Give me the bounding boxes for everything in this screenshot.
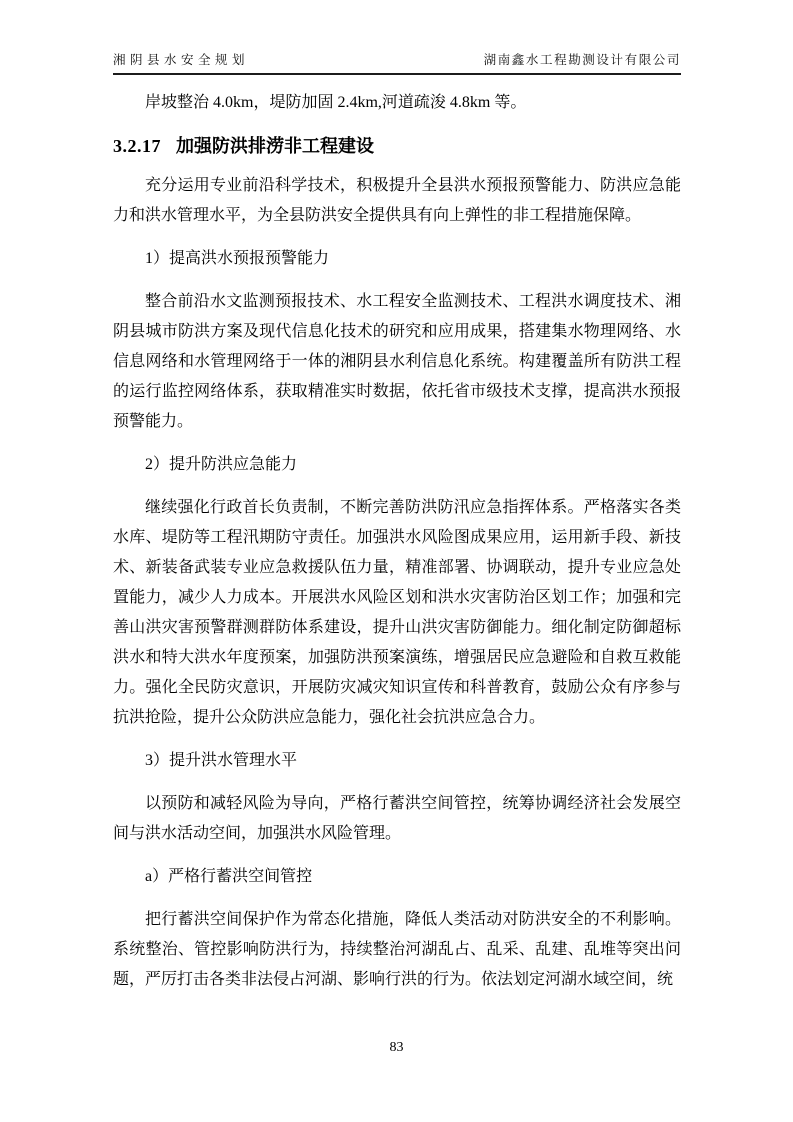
document-body: 岸坡整治 4.0km，堤防加固 2.4km,河道疏浚 4.8km 等。 3.2.… — [113, 88, 681, 1008]
header-left-title: 湘阴县水安全规划 — [113, 50, 249, 68]
subsection-heading: 3）提升洪水管理水平 — [113, 746, 681, 776]
body-paragraph: 把行蓄洪空间保护作为常态化措施，降低人类活动对防洪安全的不利影响。系统整治、管控… — [113, 905, 681, 995]
page-header: 湘阴县水安全规划 湖南鑫水工程勘测设计有限公司 — [113, 50, 681, 75]
page-footer: 83 — [0, 1040, 793, 1056]
section-heading: 3.2.17加强防洪排涝非工程建设 — [113, 131, 681, 161]
subsection-heading: 2）提升防洪应急能力 — [113, 450, 681, 480]
document-page: 湘阴县水安全规划 湖南鑫水工程勘测设计有限公司 岸坡整治 4.0km，堤防加固 … — [0, 0, 793, 1122]
page-number: 83 — [390, 1040, 404, 1055]
body-paragraph: 岸坡整治 4.0km，堤防加固 2.4km,河道疏浚 4.8km 等。 — [113, 88, 681, 118]
body-paragraph: 整合前沿水文监测预报技术、水工程安全监测技术、工程洪水调度技术、湘阴县城市防洪方… — [113, 287, 681, 437]
subsection-heading: a）严格行蓄洪空间管控 — [113, 862, 681, 892]
header-right-company: 湖南鑫水工程勘测设计有限公司 — [484, 50, 681, 68]
section-number: 3.2.17 — [113, 136, 161, 156]
body-paragraph: 继续强化行政首长负责制，不断完善防洪防汛应急指挥体系。严格落实各类水库、堤防等工… — [113, 493, 681, 733]
subsection-heading: 1）提高洪水预报预警能力 — [113, 244, 681, 274]
body-paragraph: 充分运用专业前沿科学技术，积极提升全县洪水预报预警能力、防洪应急能力和洪水管理水… — [113, 171, 681, 231]
section-title: 加强防洪排涝非工程建设 — [176, 136, 374, 156]
body-paragraph: 以预防和减轻风险为导向，严格行蓄洪空间管控，统筹协调经济社会发展空间与洪水活动空… — [113, 789, 681, 849]
